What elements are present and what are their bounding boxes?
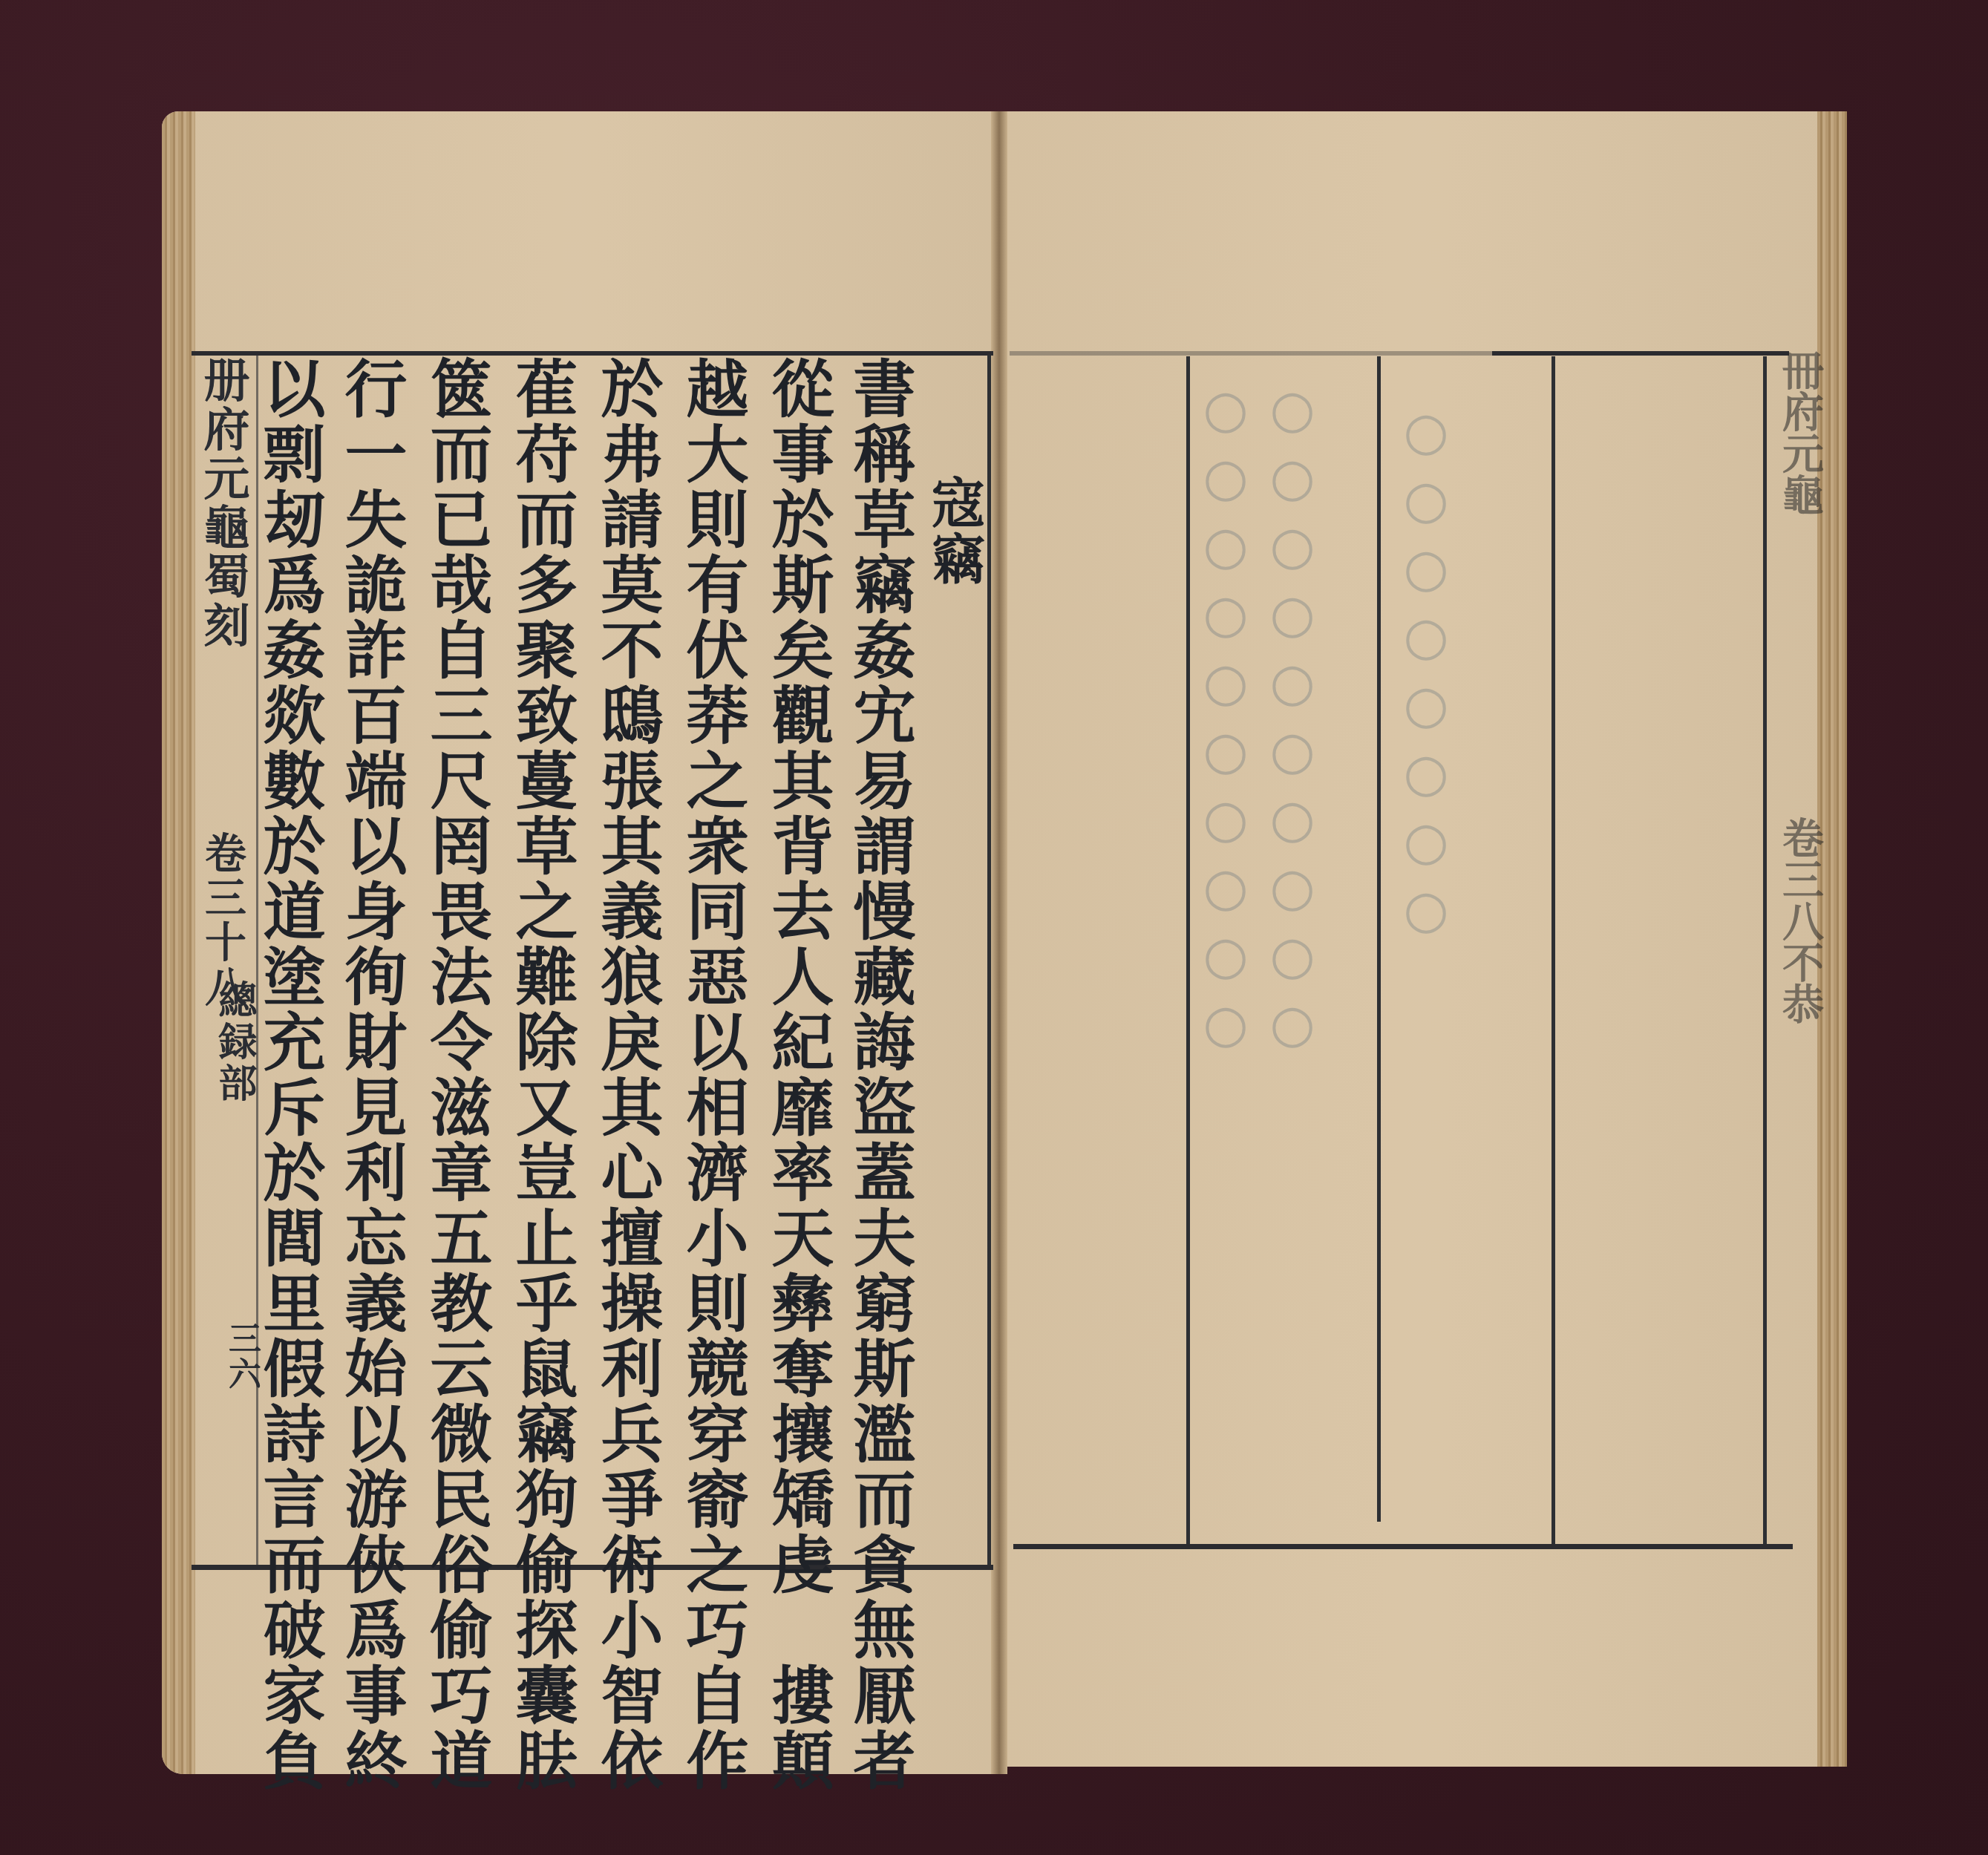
show-through-text-3: ○○○○○○○○: [1396, 401, 1456, 947]
right-frame-top-line: [1492, 351, 1789, 356]
text-column-6: 篋而已哉自三尺罔畏法令滋章五教云微民俗偷巧道: [419, 356, 494, 1793]
right-frame-rule-4: [1763, 356, 1767, 1544]
margin-page-number: 三六: [204, 1321, 278, 1393]
right-frame-rule-1: [1186, 356, 1190, 1544]
show-through-text-1: ○○○○○○○○○○: [1195, 379, 1256, 1061]
right-frame-bottom-line: [1013, 1544, 1793, 1549]
open-book: 寇竊 書稱草竊姦宄易謂慢藏誨盜蓋夫窮斯濫而貪無厭者 從事於斯矣觀其背去人紀靡率天…: [0, 0, 1988, 1855]
text-column-4: 於弗請莫不鴟張其義狼戾其心擅操利兵爭術小智依: [590, 356, 664, 1793]
section-heading: 寇竊: [917, 475, 991, 588]
book-gutter: [991, 111, 1007, 1774]
right-frame-rule-3: [1552, 356, 1555, 1544]
text-column-7: 行一失詭詐百端以身徇財見利忘義始以游俠爲事終: [334, 356, 408, 1793]
text-column-5: 萑苻而多聚致蔓草之難除又豈止乎鼠竊狗偷探囊胠: [505, 356, 579, 1793]
show-through-text-2: ○○○○○○○○○○: [1262, 379, 1323, 1061]
right-edge-book-title: 冊府元龜: [1770, 349, 1830, 515]
margin-book-title: 册府元龜蜀刻: [186, 356, 260, 650]
text-column-3: 越大則有伏莽之衆同惡以相濟小則競穿窬之巧自作: [676, 356, 750, 1793]
right-edge-volume-label: 卷三八不恭: [1770, 817, 1830, 1024]
left-frame-top-line: [192, 351, 993, 356]
text-column-2: 從事於斯矣觀其背去人紀靡率天彝奪攘矯虔𢽡摟顛: [761, 356, 835, 1793]
margin-section-label: 總録部: [197, 980, 271, 1105]
text-column-1: 書稱草竊姦宄易謂慢藏誨盜蓋夫窮斯濫而貪無厭者: [843, 356, 917, 1793]
right-frame-rule-2: [1377, 356, 1381, 1522]
